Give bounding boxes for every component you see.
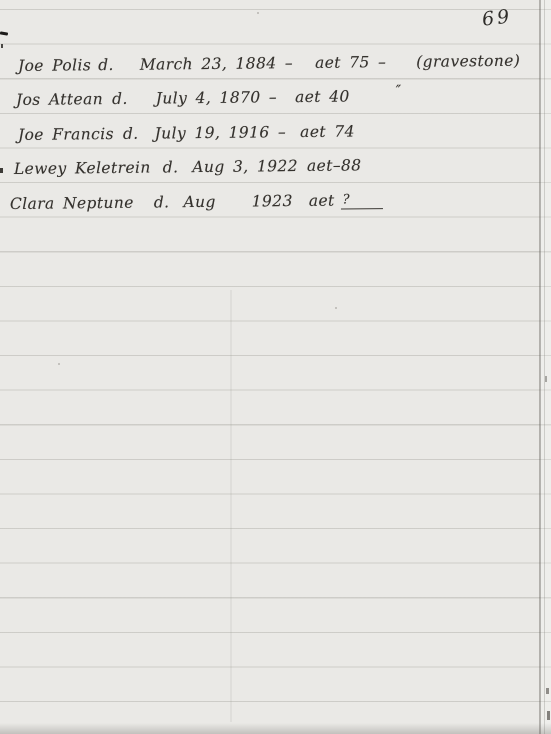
entry-year: 1923 (252, 192, 293, 210)
right-edge-line-2 (544, 0, 545, 734)
entry-name: Jos Attean (16, 90, 103, 109)
margin-ink-dot (1, 44, 3, 48)
handwritten-entry-joe-polis: Joe Polisd.March 23, 1884 –aet 75 –(grav… (18, 52, 521, 75)
entry-name: Joe Francis (18, 125, 114, 144)
entry-age: aet–88 (307, 156, 362, 175)
entry-note: (gravestone) (416, 52, 520, 71)
ditto-mark: ″ (396, 83, 402, 99)
entry-died-abbrev: d. (123, 125, 139, 143)
edge-speck (547, 711, 550, 720)
handwritten-entry-joe-francis: Joe Francisd.July 19, 1916 –aet 74 (18, 122, 355, 144)
entry-date: July 19, 1916 – (154, 123, 286, 142)
entry-date: March 23, 1884 – (140, 54, 293, 74)
entry-age: aet (309, 192, 335, 210)
entry-name: Clara Neptune (10, 194, 134, 213)
right-page-edge (540, 0, 551, 734)
right-edge-line (539, 0, 541, 734)
edge-speck (546, 688, 549, 694)
entry-age: aet 74 (300, 122, 355, 141)
handwritten-entry-jos-attean: Jos Atteand.July 4, 1870 –aet 40″ (16, 88, 350, 109)
paper-crease (230, 290, 232, 722)
paper-speck (335, 307, 337, 309)
age-unknown-underline: ? (341, 190, 383, 209)
entry-age: aet 40 (295, 88, 350, 107)
edge-speck (545, 376, 547, 382)
entry-died-abbrev: d. (112, 90, 128, 108)
paper-speck (58, 363, 60, 365)
entry-died-abbrev: d. (163, 158, 179, 176)
entry-date: Aug (183, 193, 215, 211)
entry-date: July 4, 1870 – (156, 88, 277, 107)
entry-name: Joe Polis (18, 56, 91, 75)
question-mark: ? (343, 192, 351, 207)
page-number: 69 (481, 5, 514, 31)
entry-name: Lewey Keletrein (14, 159, 151, 178)
paper-speck (257, 12, 259, 14)
entry-died-abbrev: d. (98, 56, 114, 74)
handwritten-entry-lewey-keletrein: Lewey Keletreind.Aug 3, 1922aet–88 (14, 156, 362, 178)
margin-ink-dot (0, 168, 3, 173)
margin-ink-mark (0, 31, 8, 35)
notebook-page: 69 Joe Polisd.March 23, 1884 –aet 75 –(g… (0, 0, 551, 734)
entry-date: Aug 3, 1922 (192, 157, 298, 176)
entry-age: aet 75 – (315, 53, 386, 72)
entry-died-abbrev: d. (154, 193, 170, 211)
handwritten-entry-clara-neptune: Clara Neptuned.Aug1923aet? (10, 190, 383, 213)
bottom-edge-shadow (0, 723, 551, 734)
